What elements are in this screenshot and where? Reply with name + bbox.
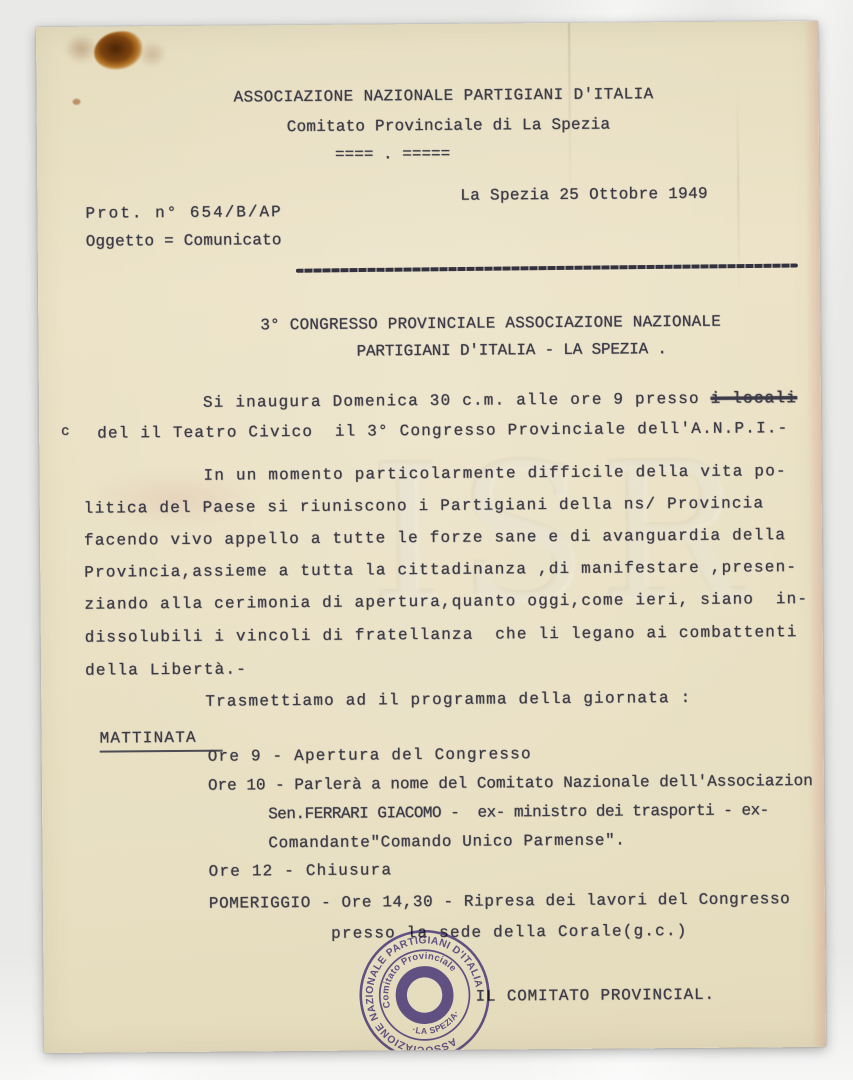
body-opening-line1: Si inaugura Domenica 30 c.m. alle ore 9 …: [203, 388, 797, 413]
opening-text: Si inaugura Domenica 30 c.m. alle ore 9 …: [203, 390, 711, 412]
body-paragraph-line: della Libertà.-: [85, 659, 247, 680]
document-title-line2: PARTIGIANI D'ITALIA - LA SPEZIA .: [356, 339, 666, 361]
program-item: Sen.FERRARI GIACOMO - ex- ministro dei t…: [268, 800, 769, 824]
body-paragraph-line: dissolubili i vincoli di fratellanza che…: [85, 622, 798, 648]
letterhead-committee: Comitato Provinciale di La Spezia: [287, 115, 611, 138]
rust-speck: [73, 99, 81, 105]
protocol-number: Prot. n° 654/B/AP: [85, 202, 282, 224]
signature-line: IL COMITATO PROVINCIAL.: [476, 985, 715, 1007]
horizontal-rule: [296, 263, 798, 272]
letterhead-organization: ASSOCIAZIONE NAZIONALE PARTIGIANI D'ITAL…: [233, 84, 653, 107]
scanned-document-canvas: ISR ASSOCIAZIONE NAZIONALE PARTIGIANI D'…: [0, 0, 853, 1080]
official-round-stamp: ASSOCIAZIONE NAZIONALE PARTIGIANI D'ITAL…: [350, 921, 498, 1053]
body-paragraph-line: litica del Paese si riuniscono i Partigi…: [84, 493, 765, 518]
morning-section-heading: MATTINATA: [99, 728, 222, 753]
afternoon-program-line1: POMERIGGIO - Ore 14,30 - Ripresa dei lav…: [209, 889, 791, 914]
paper-crease: [568, 23, 571, 198]
subject-line: Oggetto = Comunicato: [86, 230, 282, 252]
body-paragraph-line: Provincia,assieme a tutta la cittadinanz…: [84, 557, 797, 583]
program-item: Ore 12 - Chiusura: [209, 860, 393, 881]
program-item: Ore 9 - Apertura del Congresso: [208, 744, 532, 767]
program-item: Comandante"Comando Unico Parmense".: [268, 830, 625, 853]
body-paragraph-line: In un momento particolarmente difficile …: [203, 461, 786, 486]
typewritten-letter-page: ISR ASSOCIAZIONE NAZIONALE PARTIGIANI D'…: [36, 21, 826, 1053]
body-opening-line2: del il Teatro Civico il 3° Congresso Pro…: [97, 418, 788, 443]
paper-crease: [736, 82, 739, 292]
body-paragraph-line: facendo vivo appello a tutte le forze sa…: [84, 525, 786, 551]
dateline: La Spezia 25 Ottobre 1949: [460, 184, 708, 206]
transmit-line: Trasmettiamo ad il programma della giorn…: [205, 688, 691, 712]
letterhead-separator-marks: ==== . =====: [335, 144, 450, 165]
margin-note: c: [61, 422, 71, 442]
rust-stain-halo: [132, 36, 172, 72]
program-item: Ore 10 - Parlerà a nome del Comitato Naz…: [208, 771, 813, 796]
stamp-center-donut: [400, 970, 450, 1020]
struck-out-text: i locali: [711, 389, 798, 408]
document-title-line1: 3° CONGRESSO PROVINCIALE ASSOCIAZIONE NA…: [260, 312, 721, 336]
body-paragraph-line: ziando alla cerimonia di apertura,quanto…: [84, 589, 808, 615]
